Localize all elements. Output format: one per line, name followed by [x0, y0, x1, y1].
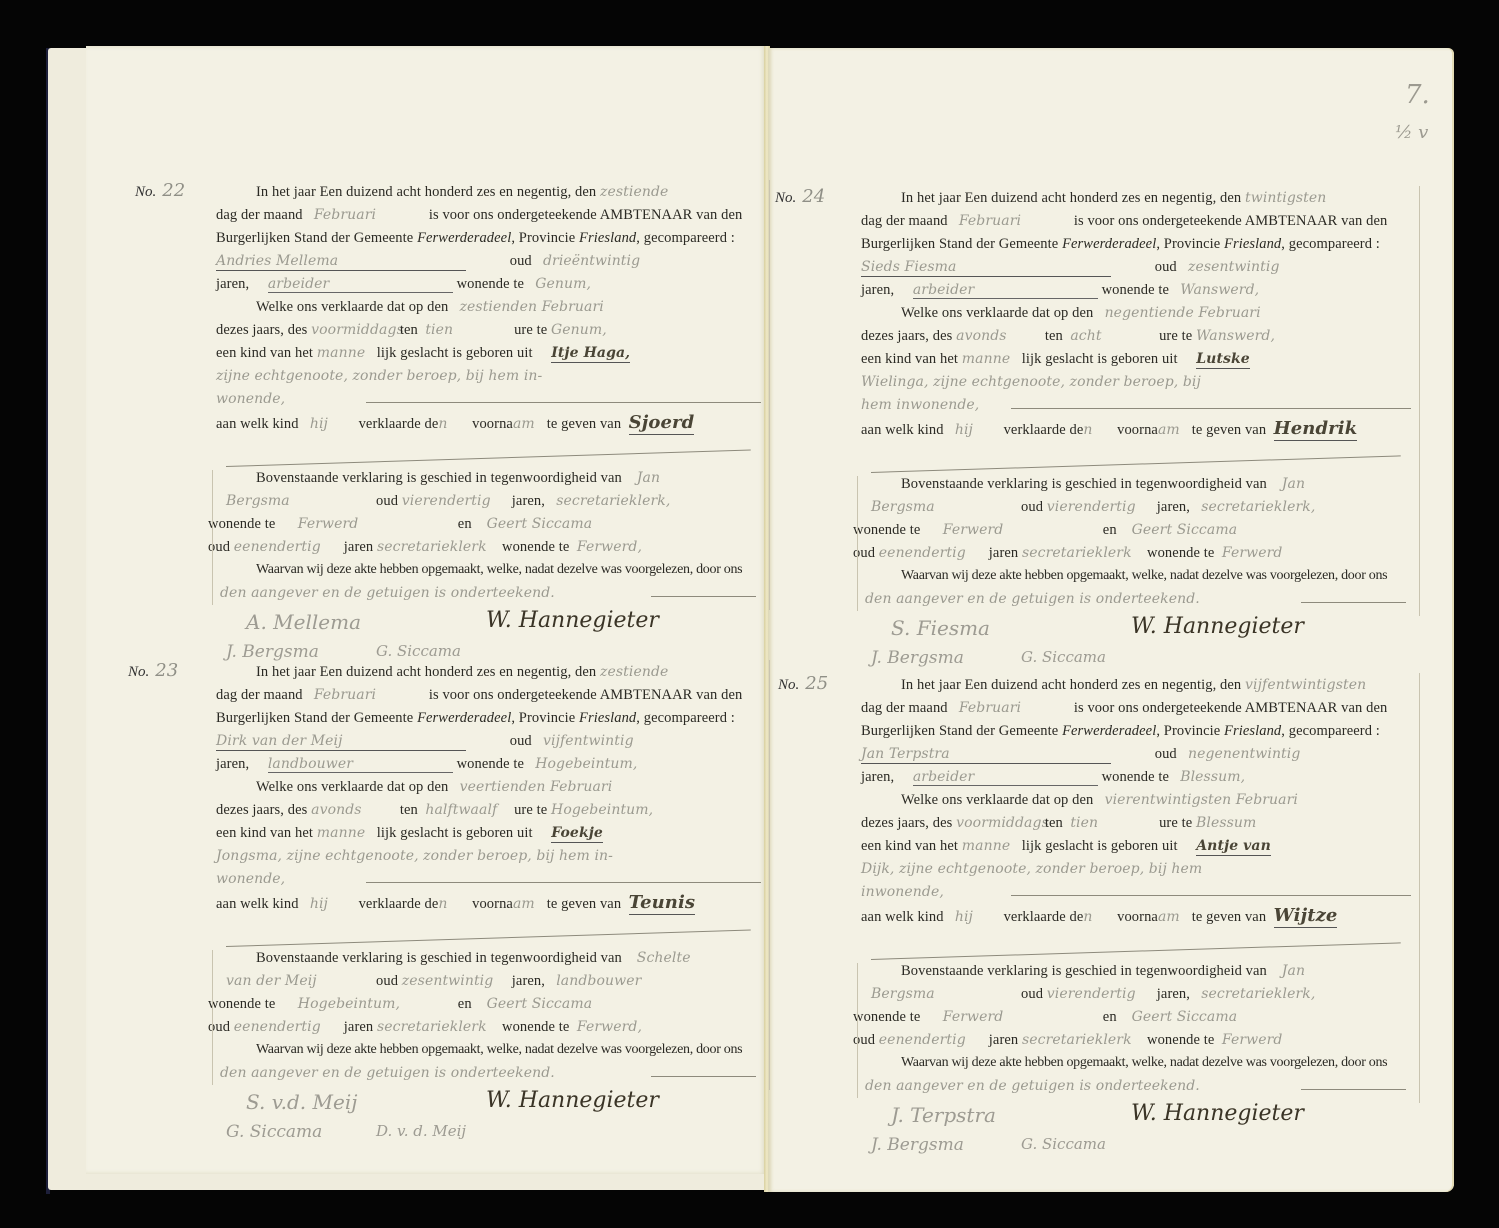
birth-date: veertienden Februari	[460, 779, 613, 795]
witness-line-1: Bovenstaande verklaring is geschied in t…	[901, 963, 1305, 980]
daypart: avonds	[311, 802, 396, 818]
witness1-residence: Ferwerd	[943, 522, 1103, 538]
child-name: Teunis	[629, 892, 696, 915]
margin-rule	[857, 476, 858, 611]
record-line-6: Welke ons verklaarde dat op den veertien…	[256, 779, 612, 796]
record-line-1: In het jaar Een duizend acht honderd zes…	[256, 664, 668, 681]
closing-dash	[651, 1076, 756, 1077]
birth-date: vierentwintigsten Februari	[1105, 792, 1298, 808]
margin-rule-right	[1419, 673, 1420, 1103]
record-line-4: Dirk van der Meij oud vijfentwintig	[216, 733, 634, 751]
signature-witness-2: D. v. d. Meij	[376, 1122, 466, 1140]
child-gender: manne	[317, 345, 377, 361]
record-line-7: dezes jaars, des voormiddags ten tien ur…	[861, 815, 1256, 832]
record-number: No.25	[778, 673, 828, 694]
record-number: No.23	[128, 660, 178, 681]
record-line-6: Welke ons verklaarde dat op den zestiend…	[256, 299, 604, 316]
declarant-age: zesentwintig	[1188, 259, 1280, 275]
signature-declarant: S. Fiesma	[891, 616, 990, 640]
witness1-first-name: Jan	[637, 470, 660, 486]
fill-rule	[366, 402, 761, 403]
witness1-age: vierendertig	[1047, 499, 1157, 515]
margin-rule	[212, 950, 213, 1085]
witness-line-1: Bovenstaande verklaring is geschied in t…	[901, 476, 1305, 493]
record-line-3: Burgerlijken Stand der Gemeente Ferwerde…	[216, 230, 735, 247]
declarant-occupation: arbeider	[268, 276, 453, 293]
witness2-residence: Ferwerd	[1222, 545, 1283, 561]
closing-handwritten: den aangever en de getuigen is onderteek…	[220, 1065, 555, 1081]
witness2-age: eenendertig	[234, 539, 344, 555]
closing-handwritten: den aangever en de getuigen is onderteek…	[220, 585, 555, 601]
mother-details: Jongsma, zijne echtgenoote, zonder beroe…	[216, 848, 613, 864]
registration-day: twintigsten	[1245, 190, 1326, 206]
declarant-name: Jan Terpstra	[861, 746, 1111, 764]
record-line-3: Burgerlijken Stand der Gemeente Ferwerde…	[216, 710, 735, 727]
signature-registrar: W. Hannegieter	[486, 608, 659, 633]
signature-registrar: W. Hannegieter	[1131, 614, 1304, 639]
signature-witness-1: J. Bergsma	[871, 1135, 964, 1155]
witness-line-3: wonende te Ferwerden Geert Siccama	[208, 516, 592, 533]
birthplace: Blessum	[1196, 815, 1256, 831]
birth-hour: tien	[1070, 815, 1155, 831]
witness1-occupation: landbouwer	[556, 973, 641, 989]
signature-declarant: J. Terpstra	[891, 1103, 996, 1127]
witness-line-2: Bergsmaoud vierendertigjaren, secretarie…	[871, 986, 1315, 1003]
record-line-4: Sieds Fiesma oud zesentwintig	[861, 259, 1280, 277]
record-line-7: dezes jaars, des avonds ten halftwaalf u…	[216, 802, 653, 819]
record-line-8: een kind van het mannelijk geslacht is g…	[861, 838, 1271, 855]
child-name: Wijtze	[1274, 905, 1338, 928]
record-line-1: In het jaar Een duizend acht honderd zes…	[901, 677, 1366, 694]
record-line-2: dag der maand Februariis voor ons onderg…	[861, 700, 1387, 717]
witness-line-1: Bovenstaande verklaring is geschied in t…	[256, 950, 691, 967]
daypart: voormiddags	[956, 815, 1041, 831]
witness2-name: Geert Siccama	[487, 996, 593, 1012]
witness1-occupation: secretarieklerk,	[1201, 986, 1315, 1002]
declarant-residence: Genum,	[535, 276, 591, 292]
fill-rule	[366, 882, 761, 883]
closing-handwritten: den aangever en de getuigen is onderteek…	[865, 591, 1200, 607]
fill-rule	[1011, 895, 1411, 896]
record-line-3: Burgerlijken Stand der Gemeente Ferwerde…	[861, 236, 1380, 253]
witness2-residence: Ferwerd	[1222, 1032, 1283, 1048]
declarant-name: Dirk van der Meij	[216, 733, 466, 751]
declarant-residence: Hogebeintum,	[535, 756, 637, 772]
registration-day: zestiende	[600, 184, 668, 200]
registration-day: zestiende	[600, 664, 668, 680]
witness2-age: eenendertig	[879, 1032, 989, 1048]
declarant-residence: Wanswerd,	[1180, 282, 1259, 298]
registration-month: Februari	[314, 687, 429, 703]
declarant-age: drieëntwintig	[543, 253, 640, 269]
registration-month: Februari	[959, 213, 1074, 229]
record-line-6: Welke ons verklaarde dat op den vierentw…	[901, 792, 1298, 809]
witness1-residence: Ferwerd	[298, 516, 458, 532]
witness-line-4: oud eenendertigjaren secretarieklerkwone…	[208, 539, 642, 556]
record-line-2: dag der maand Februariis voor ons onderg…	[216, 687, 742, 704]
witness1-surname: Bergsma	[226, 493, 376, 509]
witness2-age: eenendertig	[879, 545, 989, 561]
declarant-age: vijfentwintig	[543, 733, 634, 749]
record-line-naming: aan welk kind hij verklaarde den voornaa…	[861, 418, 1357, 439]
closing-statement: Waarvan wij deze akte hebben opgemaakt, …	[256, 1042, 742, 1058]
margin-rule-right	[1419, 186, 1420, 616]
mother-details: Wielinga, zijne echtgenoote, zonder bero…	[861, 374, 1201, 390]
pronoun: hij	[955, 422, 1000, 438]
folio-number: 7.	[1405, 80, 1430, 110]
birth-hour: halftwaalf	[425, 802, 510, 818]
birth-hour: acht	[1070, 328, 1155, 344]
closing-dash	[1301, 1089, 1406, 1090]
declarant-name: Andries Mellema	[216, 253, 466, 271]
mother-details-cont: wonende,	[216, 391, 285, 407]
record-number: No.22	[135, 180, 185, 201]
signature-declarant: S. v.d. Meij	[246, 1090, 357, 1114]
declarant-age: negenentwintig	[1188, 746, 1300, 762]
record-line-7: dezes jaars, des avonds ten acht ure te …	[861, 328, 1275, 345]
record-line-5: jaren, arbeider wonende te Wanswerd,	[861, 282, 1259, 299]
witness1-surname: van der Meij	[226, 973, 376, 989]
birthplace: Genum,	[551, 322, 607, 338]
pronoun: hij	[310, 896, 355, 912]
record-line-5: jaren, landbouwer wonende te Hogebeintum…	[216, 756, 637, 773]
witness2-occupation: secretarieklerk	[1022, 545, 1147, 561]
margin-rule	[212, 470, 213, 605]
registration-day: vijfentwintigsten	[1245, 677, 1366, 693]
birthplace: Hogebeintum,	[551, 802, 653, 818]
witness-line-3: wonende te Hogebeintum,en Geert Siccama	[208, 996, 592, 1013]
child-gender: manne	[317, 825, 377, 841]
signature-witness-2: G. Siccama	[376, 642, 461, 660]
mother-details-cont: hem inwonende,	[861, 397, 979, 413]
mother-details-cont: wonende,	[216, 871, 285, 887]
mother-name: Antje van	[1196, 838, 1271, 856]
record-line-2: dag der maand Februariis voor ons onderg…	[861, 213, 1387, 230]
record-line-3: Burgerlijken Stand der Gemeente Ferwerde…	[861, 723, 1380, 740]
declarant-residence: Blessum,	[1180, 769, 1245, 785]
witness-line-4: oud eenendertigjaren secretarieklerkwone…	[853, 1032, 1282, 1049]
record-line-6: Welke ons verklaarde dat op den negentie…	[901, 305, 1261, 322]
witness1-residence: Hogebeintum,	[298, 996, 458, 1012]
witness2-name: Geert Siccama	[1132, 1009, 1238, 1025]
closing-statement: Waarvan wij deze akte hebben opgemaakt, …	[901, 1055, 1387, 1071]
child-name: Sjoerd	[629, 412, 695, 435]
witness1-occupation: secretarieklerk,	[1201, 499, 1315, 515]
witness-line-2: Bergsmaoud vierendertigjaren, secretarie…	[871, 499, 1315, 516]
witness1-first-name: Jan	[1282, 963, 1305, 979]
record-line-5: jaren, arbeider wonende te Blessum,	[861, 769, 1245, 786]
witness2-name: Geert Siccama	[1132, 522, 1238, 538]
signature-witness-1: G. Siccama	[226, 1122, 322, 1142]
witness2-age: eenendertig	[234, 1019, 344, 1035]
record-line-1: In het jaar Een duizend acht honderd zes…	[256, 184, 668, 201]
record-line-5: jaren, arbeider wonende te Genum,	[216, 276, 591, 293]
witness1-surname: Bergsma	[871, 499, 1021, 515]
margin-rule	[857, 963, 858, 1098]
signature-witness-2: G. Siccama	[1021, 648, 1106, 666]
margin-rule-right	[769, 180, 770, 610]
signature-registrar: W. Hannegieter	[1131, 1101, 1304, 1126]
record-line-8: een kind van het mannelijk geslacht is g…	[216, 825, 603, 842]
signature-declarant: A. Mellema	[246, 610, 361, 634]
record-line-8: een kind van het mannelijk geslacht is g…	[216, 345, 630, 362]
registration-month: Februari	[959, 700, 1074, 716]
registration-month: Februari	[314, 207, 429, 223]
record-line-8: een kind van het mannelijk geslacht is g…	[861, 351, 1250, 368]
declarant-occupation: landbouwer	[268, 756, 453, 773]
closing-handwritten: den aangever en de getuigen is onderteek…	[865, 1078, 1200, 1094]
mother-name: Itje Haga,	[551, 345, 630, 363]
witness2-residence: Ferwerd,	[577, 1019, 642, 1035]
mother-name: Foekje	[551, 825, 603, 843]
record-line-4: Jan Terpstra oud negenentwintig	[861, 746, 1300, 764]
witness1-age: vierendertig	[1047, 986, 1157, 1002]
child-gender: manne	[962, 351, 1022, 367]
witness-line-4: oud eenendertigjaren secretarieklerkwone…	[208, 1019, 642, 1036]
record-number: No.24	[775, 186, 825, 207]
declarant-occupation: arbeider	[913, 282, 1098, 299]
witness1-first-name: Jan	[1282, 476, 1305, 492]
pronoun: hij	[310, 416, 355, 432]
record-line-naming: aan welk kind hij verklaarde den voornaa…	[216, 412, 694, 433]
witness-line-3: wonende te Ferwerden Geert Siccama	[853, 1009, 1237, 1026]
witness-line-1: Bovenstaande verklaring is geschied in t…	[256, 470, 660, 487]
declarant-occupation: arbeider	[913, 769, 1098, 786]
signature-witness-1: J. Bergsma	[871, 648, 964, 668]
record-line-1: In het jaar Een duizend acht honderd zes…	[901, 190, 1326, 207]
witness-line-2: van der Meijoud zesentwintigjaren, landb…	[226, 973, 641, 990]
witness2-residence: Ferwerd,	[577, 539, 642, 555]
witness-line-2: Bergsmaoud vierendertigjaren, secretarie…	[226, 493, 670, 510]
closing-statement: Waarvan wij deze akte hebben opgemaakt, …	[901, 568, 1387, 584]
witness1-first-name: Schelte	[637, 950, 691, 966]
birth-hour: tien	[425, 322, 510, 338]
signature-registrar: W. Hannegieter	[486, 1088, 659, 1113]
mother-details: zijne echtgenoote, zonder beroep, bij he…	[216, 368, 542, 384]
mother-details: Dijk, zijne echtgenoote, zonder beroep, …	[861, 861, 1202, 877]
witness2-occupation: secretarieklerk	[1022, 1032, 1147, 1048]
witness2-occupation: secretarieklerk	[377, 1019, 502, 1035]
witness1-residence: Ferwerd	[943, 1009, 1103, 1025]
fill-rule	[1011, 408, 1411, 409]
witness-line-4: oud eenendertigjaren secretarieklerkwone…	[853, 545, 1282, 562]
birth-date: zestienden Februari	[460, 299, 604, 315]
daypart: voormiddags	[311, 322, 396, 338]
closing-dash	[651, 596, 756, 597]
pronoun: hij	[955, 909, 1000, 925]
witness2-name: Geert Siccama	[487, 516, 593, 532]
signature-witness-1: J. Bergsma	[226, 642, 319, 662]
record-line-7: dezes jaars, des voormiddags ten tien ur…	[216, 322, 607, 339]
closing-dash	[1301, 602, 1406, 603]
witness2-occupation: secretarieklerk	[377, 539, 502, 555]
mother-details-cont: inwonende,	[861, 884, 944, 900]
signature-witness-2: G. Siccama	[1021, 1135, 1106, 1153]
witness1-age: vierendertig	[402, 493, 512, 509]
record-line-2: dag der maand Februariis voor ons onderg…	[216, 207, 742, 224]
record-line-4: Andries Mellema oud drieëntwintig	[216, 253, 640, 271]
declarant-name: Sieds Fiesma	[861, 259, 1111, 277]
birth-date: negentiende Februari	[1105, 305, 1261, 321]
witness1-age: zesentwintig	[402, 973, 512, 989]
record-line-naming: aan welk kind hij verklaarde den voornaa…	[861, 905, 1337, 926]
record-line-naming: aan welk kind hij verklaarde den voornaa…	[216, 892, 695, 913]
birthplace: Wanswerd,	[1196, 328, 1275, 344]
witness1-occupation: secretarieklerk,	[556, 493, 670, 509]
mother-name: Lutske	[1196, 351, 1250, 369]
child-name: Hendrik	[1274, 418, 1358, 441]
closing-statement: Waarvan wij deze akte hebben opgemaakt, …	[256, 562, 742, 578]
daypart: avonds	[956, 328, 1041, 344]
witness1-surname: Bergsma	[871, 986, 1021, 1002]
witness-line-3: wonende te Ferwerden Geert Siccama	[853, 522, 1237, 539]
child-gender: manne	[962, 838, 1022, 854]
margin-rule-right	[769, 660, 770, 1090]
folio-mark: ½ v	[1395, 122, 1428, 143]
